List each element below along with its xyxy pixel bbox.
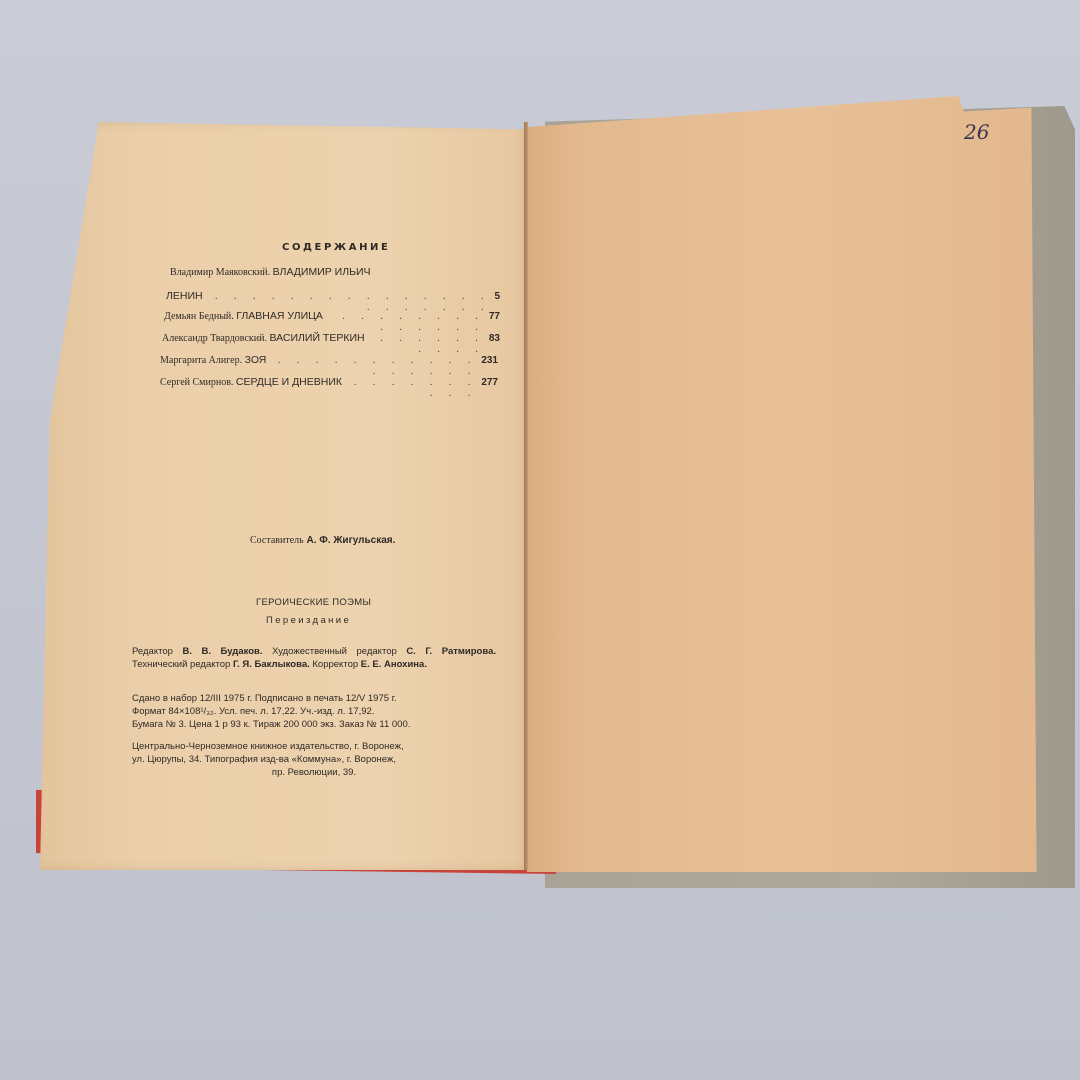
toc-entry: Владимир Маяковский. ВЛАДИМИР ИЛЬИЧ bbox=[170, 266, 510, 278]
art-editor-label: Художественный редактор bbox=[272, 646, 397, 657]
toc-entry: Маргарита Алигер. ЗОЯ . . . . . . . . . … bbox=[160, 354, 498, 377]
toc-entry: Александр Твардовский. ВАСИЛИЙ ТЕРКИН . … bbox=[162, 332, 500, 355]
printing-line: Сдано в набор 12/III 1975 г. Подписано в… bbox=[132, 692, 496, 705]
book-title: ГЕРОИЧЕСКИЕ ПОЭМЫ bbox=[256, 597, 371, 608]
editor-label: Редактор bbox=[132, 646, 173, 657]
toc-title: ВАСИЛИЙ ТЕРКИН bbox=[269, 332, 364, 344]
tech-editor-label: Технический редактор bbox=[132, 659, 230, 670]
compiler-label: Составитель bbox=[250, 535, 304, 546]
toc-heading: СОДЕРЖАНИЕ bbox=[282, 242, 390, 253]
toc-page: 5 bbox=[494, 291, 500, 302]
toc-title: ГЛАВНАЯ УЛИЦА bbox=[236, 310, 323, 322]
toc-author: Сергей Смирнов. bbox=[160, 377, 233, 388]
printing-block: Сдано в набор 12/III 1975 г. Подписано в… bbox=[132, 692, 496, 731]
toc-entry: Демьян Бедный. ГЛАВНАЯ УЛИЦА . . . . . .… bbox=[164, 310, 500, 333]
publisher-line: ул. Цюрупы, 34. Типография изд-ва «Комму… bbox=[132, 753, 496, 766]
printing-line: Формат 84×108¹/₃₂. Усл. печ. л. 17,22. У… bbox=[132, 705, 496, 718]
toc-author: Александр Твардовский. bbox=[162, 333, 267, 344]
toc-entry: Сергей Смирнов. СЕРДЦЕ И ДНЕВНИК . . . .… bbox=[160, 376, 498, 399]
toc-page: 77 bbox=[489, 311, 500, 322]
toc-page: 277 bbox=[481, 377, 498, 388]
publisher-line: Центрально-Черноземное книжное издательс… bbox=[132, 740, 496, 753]
proofreader-name: Е. Е. Анохина. bbox=[361, 659, 427, 670]
toc-author: Демьян Бедный. bbox=[164, 311, 234, 322]
toc-leader: . . . . . . . . . . bbox=[346, 377, 477, 399]
book-gutter bbox=[524, 122, 528, 870]
publisher-line: пр. Революции, 39. bbox=[132, 766, 496, 779]
handwritten-note: 26 bbox=[964, 120, 989, 144]
toc-title: ЗОЯ bbox=[245, 354, 267, 366]
compiler-line: Составитель А. Ф. Жигульская. bbox=[250, 535, 395, 546]
toc-leader: . . . . . . . . . . . . . . bbox=[327, 311, 485, 333]
right-page-endpaper bbox=[527, 96, 1047, 872]
art-editor-name: С. Г. Ратмирова. bbox=[406, 646, 496, 657]
publisher-block: Центрально-Черноземное книжное издательс… bbox=[132, 740, 496, 779]
toc-leader: . . . . . . . . . . bbox=[369, 333, 485, 355]
proofreader-label: Корректор bbox=[312, 659, 358, 670]
toc-author: Маргарита Алигер. bbox=[160, 355, 242, 366]
credits-block: Редактор В. В. Будаков. Художественный р… bbox=[132, 645, 496, 671]
toc-title: ВЛАДИМИР ИЛЬИЧ bbox=[273, 266, 371, 278]
book-edition: Переиздание bbox=[266, 615, 351, 626]
tech-editor-name: Г. Я. Баклыкова. bbox=[233, 659, 310, 670]
toc-title: СЕРДЦЕ И ДНЕВНИК bbox=[236, 376, 342, 388]
toc-title-cont: ЛЕНИН bbox=[166, 290, 203, 302]
editor-name: В. В. Будаков. bbox=[182, 646, 262, 657]
compiler-name: А. Ф. Жигульская. bbox=[307, 535, 396, 546]
toc-leader: . . . . . . . . . . . . . . . . . bbox=[270, 355, 477, 377]
toc-page: 231 bbox=[481, 355, 498, 366]
printing-line: Бумага № 3. Цена 1 р 93 к. Тираж 200 000… bbox=[132, 718, 496, 731]
toc-author: Владимир Маяковский. bbox=[170, 267, 270, 278]
toc-page: 83 bbox=[489, 333, 500, 344]
